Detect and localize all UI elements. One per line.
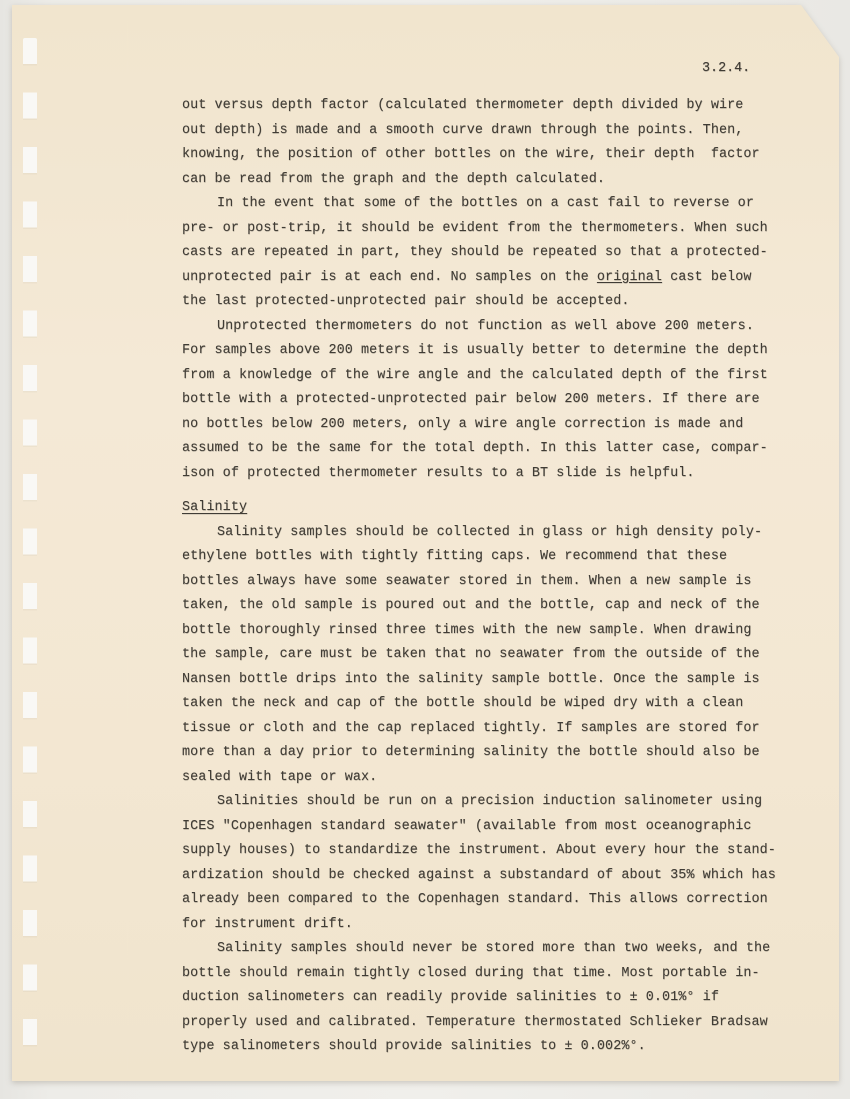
text-line: no bottles below 200 meters, only a wire… [182, 413, 794, 438]
text-line: already been compared to the Copenhagen … [182, 888, 794, 913]
text-line: Unprotected thermometers do not function… [182, 315, 794, 340]
text-line: knowing, the position of other bottles o… [182, 143, 794, 168]
text-line: ardization should be checked against a s… [182, 864, 794, 889]
paragraph-salinometer-standardization: Salinities should be run on a precision … [182, 790, 794, 937]
scan-background: { "doc": { "page_number": "3.2.4.", "hea… [0, 0, 850, 1099]
text-line: tissue or cloth and the cap replaced tig… [182, 717, 794, 742]
text-line: taken, the old sample is poured out and … [182, 594, 794, 619]
text-line: supply houses) to standardize the instru… [182, 839, 794, 864]
text-segment: unprotected pair is at each end. No samp… [182, 270, 597, 285]
text-line: bottle with a protected-unprotected pair… [182, 388, 794, 413]
text-line: unprotected pair is at each end. No samp… [182, 266, 794, 291]
text-line: casts are repeated in part, they should … [182, 241, 794, 266]
text-line: ethylene bottles with tightly fitting ca… [182, 545, 794, 570]
text-line: Salinity samples should be collected in … [182, 521, 794, 546]
text-line: out depth) is made and a smooth curve dr… [182, 119, 794, 144]
text-line: the last protected-unprotected pair shou… [182, 290, 794, 315]
text-line: Nansen bottle drips into the salinity sa… [182, 668, 794, 693]
text-line: can be read from the graph and the depth… [182, 168, 794, 193]
text-segment: cast below [662, 270, 752, 285]
underlined-word: original [597, 270, 662, 285]
page-number: 3.2.4. [702, 57, 750, 82]
document-text: out versus depth factor (calculated ther… [182, 94, 794, 1060]
paragraph-unprotected-thermometers: Unprotected thermometers do not function… [182, 315, 794, 487]
text-line: For samples above 200 meters it is usual… [182, 339, 794, 364]
paragraph-salinity-sampling: Salinity samples should be collected in … [182, 521, 794, 791]
paragraph-failed-reversals: In the event that some of the bottles on… [182, 192, 794, 315]
text-line: more than a day prior to determining sal… [182, 741, 794, 766]
binding-holes [23, 38, 37, 1073]
text-line: Salinities should be run on a precision … [182, 790, 794, 815]
text-line: assumed to be the same for the total dep… [182, 437, 794, 462]
paragraph-sample-storage: Salinity samples should never be stored … [182, 937, 794, 1060]
text-line: sealed with tape or wax. [182, 766, 794, 791]
text-line: duction salinometers can readily provide… [182, 986, 794, 1011]
text-line: bottle should remain tightly closed duri… [182, 962, 794, 987]
text-line: properly used and calibrated. Temperatur… [182, 1011, 794, 1036]
text-line: bottle thoroughly rinsed three times wit… [182, 619, 794, 644]
text-line: bottles always have some seawater stored… [182, 570, 794, 595]
text-line: In the event that some of the bottles on… [182, 192, 794, 217]
text-line: the sample, care must be taken that no s… [182, 643, 794, 668]
text-line: Salinity samples should never be stored … [182, 937, 794, 962]
document-page: 3.2.4. out versus depth factor (calculat… [12, 5, 839, 1081]
text-line: ICES "Copenhagen standard seawater" (ava… [182, 815, 794, 840]
paper-sheet: 3.2.4. out versus depth factor (calculat… [12, 5, 839, 1081]
text-line: out versus depth factor (calculated ther… [182, 94, 794, 119]
text-line: for instrument drift. [182, 913, 794, 938]
text-line: from a knowledge of the wire angle and t… [182, 364, 794, 389]
section-heading-salinity: Salinity [182, 496, 794, 521]
text-line: type salinometers should provide salinit… [182, 1035, 794, 1060]
text-line: pre- or post-trip, it should be evident … [182, 217, 794, 242]
text-line: ison of protected thermometer results to… [182, 462, 794, 487]
text-line: taken the neck and cap of the bottle sho… [182, 692, 794, 717]
paragraph-wire-depth: out versus depth factor (calculated ther… [182, 94, 794, 192]
